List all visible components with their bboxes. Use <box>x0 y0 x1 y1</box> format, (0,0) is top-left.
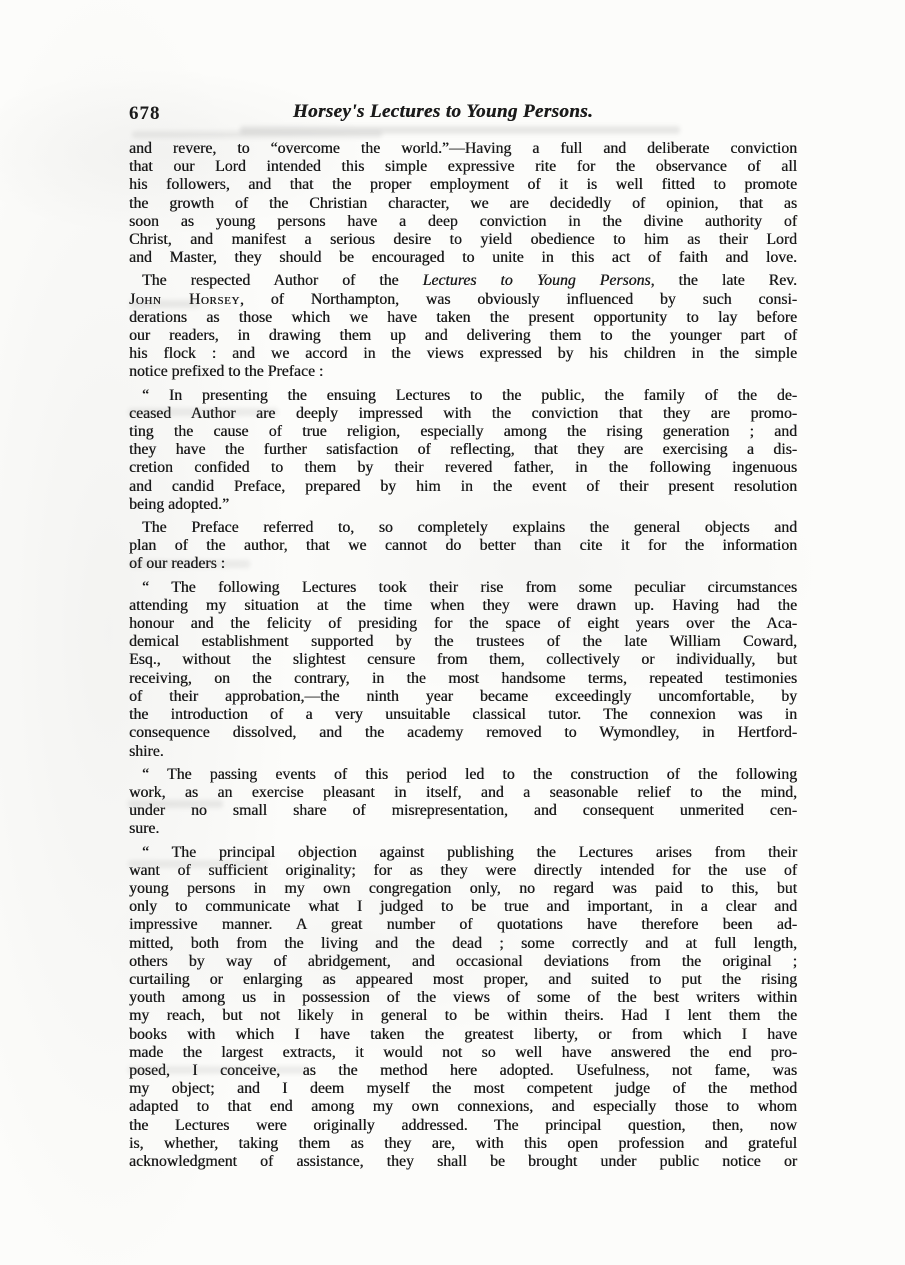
text-line: “ In presenting the ensuing Lectures to … <box>129 387 797 405</box>
text-line: the introduction of a very unsuitable cl… <box>129 706 797 724</box>
text-line: is, whether, taking them as they are, wi… <box>129 1135 797 1153</box>
scan-artifact <box>240 126 680 134</box>
text-line: demical establishment supported by the t… <box>129 633 797 651</box>
text-line: the Lectures were originally addressed. … <box>129 1117 797 1135</box>
text-line: only to communicate what I judged to be … <box>129 898 797 916</box>
text-line: mitted, both from the living and the dea… <box>129 935 797 953</box>
paragraph: The respected Author of the Lectures to … <box>129 272 797 381</box>
paragraph: and revere, to “overcome the world.”—Hav… <box>129 140 797 267</box>
text-line: “ The passing events of this period led … <box>129 766 797 784</box>
text-line: of their approbation,—the ninth year bec… <box>129 688 797 706</box>
running-title: Horsey's Lectures to Young Persons. <box>109 101 777 123</box>
text-line: notice prefixed to the Preface : <box>129 363 797 381</box>
text-line: youth among us in possession of the view… <box>129 989 797 1007</box>
text-line: Christ, and manifest a serious desire to… <box>129 231 797 249</box>
text-line: The Preface referred to, so completely e… <box>129 519 797 537</box>
page-header: 678 Horsey's Lectures to Young Persons. <box>129 101 797 127</box>
scanned-page: 678 Horsey's Lectures to Young Persons. … <box>0 0 905 1265</box>
text-line: work, as an exercise pleasant in itself,… <box>129 784 797 802</box>
text-line: derations as those which we have taken t… <box>129 309 797 327</box>
plain-text: The respected Author of the <box>142 272 423 289</box>
plain-text: , of Northampton, was obviously influenc… <box>240 291 797 308</box>
text-line: receiving, on the contrary, in the most … <box>129 670 797 688</box>
text-line: the growth of the Christian character, w… <box>129 195 797 213</box>
italic-text: Lectures to Young Persons <box>423 272 651 289</box>
text-line: made the largest extracts, it would not … <box>129 1044 797 1062</box>
text-line: ceased Author are deeply impressed with … <box>129 405 797 423</box>
text-line: attending my situation at the time when … <box>129 597 797 615</box>
text-line: curtailing or enlarging as appeared most… <box>129 971 797 989</box>
text-line: books with which I have taken the greate… <box>129 1026 797 1044</box>
smallcaps-name: John Horsey <box>129 291 240 308</box>
paragraph: The Preface referred to, so completely e… <box>129 519 797 574</box>
text-line: plan of the author, that we cannot do be… <box>129 537 797 555</box>
text-line: impressive manner. A great number of quo… <box>129 916 797 934</box>
text-line: his followers, and that the proper emplo… <box>129 176 797 194</box>
text-line: acknowledgment of assistance, they shall… <box>129 1153 797 1171</box>
text-line: ting the cause of true religion, especia… <box>129 423 797 441</box>
scan-artifact <box>132 131 382 138</box>
text-line: and Master, they should be encouraged to… <box>129 249 797 267</box>
text-line: posed, I conceive, as the method here ad… <box>129 1062 797 1080</box>
text-line: adapted to that end among my own connexi… <box>129 1098 797 1116</box>
text-line: my reach, but not likely in general to b… <box>129 1007 797 1025</box>
text-line: and candid Preface, prepared by him in t… <box>129 478 797 496</box>
text-line: “ The principal objection against publis… <box>129 844 797 862</box>
text-line: John Horsey, of Northampton, was obvious… <box>129 291 797 309</box>
text-line: The respected Author of the Lectures to … <box>129 272 797 290</box>
text-line: of our readers : <box>129 555 797 573</box>
text-block: and revere, to “overcome the world.”—Hav… <box>129 140 797 1171</box>
plain-text: , the late Rev. <box>651 272 797 289</box>
text-line: that our Lord intended this simple expre… <box>129 158 797 176</box>
text-line: and revere, to “overcome the world.”—Hav… <box>129 140 797 158</box>
text-line: consequence dissolved, and the academy r… <box>129 724 797 742</box>
paragraph: “ The principal objection against publis… <box>129 844 797 1172</box>
text-line: want of sufficient originality; for as t… <box>129 862 797 880</box>
text-line: Esq., without the slightest censure from… <box>129 651 797 669</box>
text-line: being adopted.” <box>129 496 797 514</box>
text-line: sure. <box>129 820 797 838</box>
text-line: our readers, in drawing them up and deli… <box>129 327 797 345</box>
text-line: young persons in my own congregation onl… <box>129 880 797 898</box>
text-line: they have the further satisfaction of re… <box>129 441 797 459</box>
text-line: “ The following Lectures took their rise… <box>129 579 797 597</box>
text-line: my object; and I deem myself the most co… <box>129 1080 797 1098</box>
text-line: honour and the felicity of presiding for… <box>129 615 797 633</box>
text-line: cretion confided to them by their revere… <box>129 459 797 477</box>
paragraph: “ The following Lectures took their rise… <box>129 579 797 761</box>
text-line: under no small share of misrepresentatio… <box>129 802 797 820</box>
text-line: others by way of abridgement, and occasi… <box>129 953 797 971</box>
paragraph: “ In presenting the ensuing Lectures to … <box>129 387 797 514</box>
text-line: soon as young persons have a deep convic… <box>129 213 797 231</box>
text-line: his flock : and we accord in the views e… <box>129 345 797 363</box>
paragraph: “ The passing events of this period led … <box>129 766 797 839</box>
text-line: shire. <box>129 743 797 761</box>
